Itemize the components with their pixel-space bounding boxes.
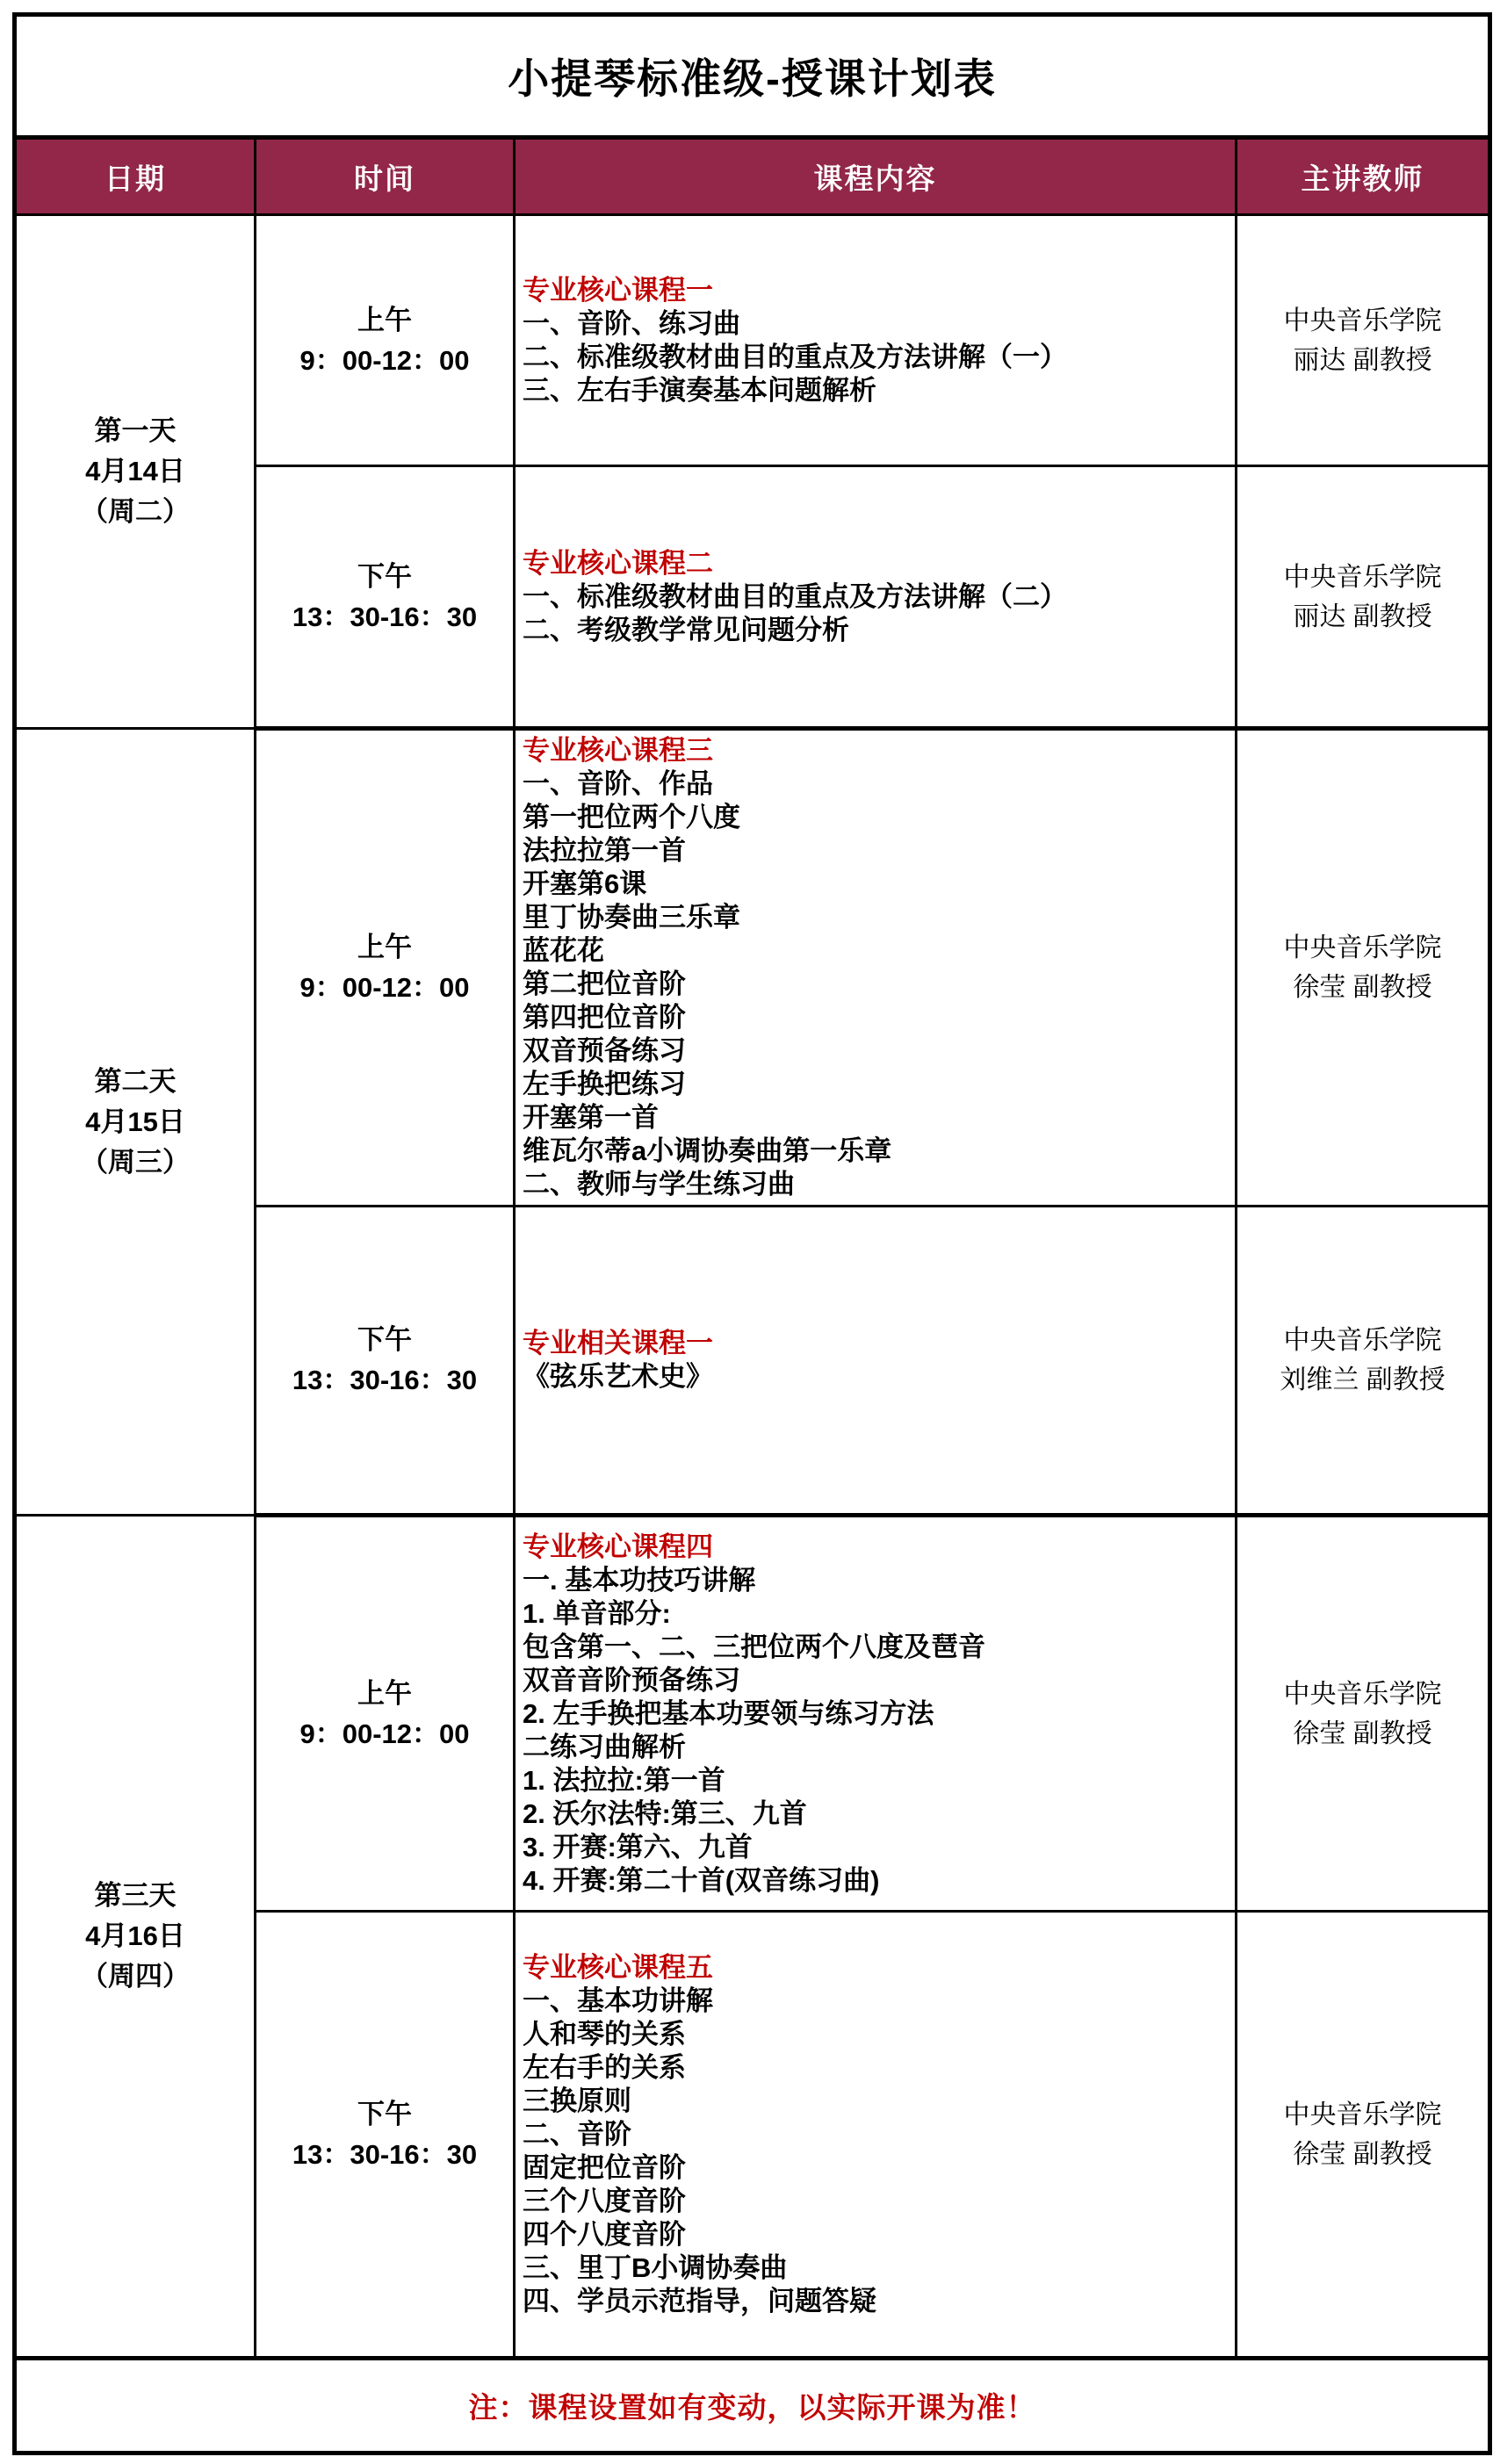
- course-lines: 一、标准级教材曲目的重点及方法讲解（二） 二、考级教学常见问题分析: [523, 580, 1226, 647]
- table-row-day1-am: 第一天 4月14日 （周二） 上午 9：00-12：00 专业核心课程一 一、音…: [15, 215, 1490, 466]
- header-row: 日期 时间 课程内容 主讲教师: [15, 138, 1490, 215]
- teacher-cell-day2-am: 中央音乐学院 徐莹 副教授: [1237, 729, 1490, 1207]
- date-cell-day2: 第二天 4月15日 （周三）: [15, 729, 256, 1516]
- title-row: 小提琴标准级-授课计划表: [15, 15, 1490, 138]
- time-cell-day1-pm: 下午 13：30-16：30: [256, 466, 515, 729]
- table-row-day2-am: 第二天 4月15日 （周三） 上午 9：00-12：00 专业核心课程三 一、音…: [15, 729, 1490, 1207]
- course-cell-day1-am: 专业核心课程一 一、音阶、练习曲 二、标准级教材曲目的重点及方法讲解（一） 三、…: [515, 215, 1237, 466]
- time-cell-day2-pm: 下午 13：30-16：30: [256, 1207, 515, 1516]
- course-cell-day2-am: 专业核心课程三 一、音阶、作品 第一把位两个八度 法拉拉第一首 开塞第6课 里丁…: [515, 729, 1237, 1207]
- column-header-teacher: 主讲教师: [1237, 138, 1490, 215]
- course-title: 专业核心课程一: [523, 274, 1226, 307]
- column-header-date: 日期: [15, 138, 256, 215]
- time-cell-day3-am: 上午 9：00-12：00: [256, 1516, 515, 1912]
- teacher-cell-day3-am: 中央音乐学院 徐莹 副教授: [1237, 1516, 1490, 1912]
- course-title: 专业核心课程四: [523, 1531, 1226, 1564]
- course-title: 专业核心课程五: [523, 1951, 1226, 1985]
- teacher-cell-day3-pm: 中央音乐学院 徐莹 副教授: [1237, 1912, 1490, 2359]
- course-cell-day3-am: 专业核心课程四 一. 基本功技巧讲解 1. 单音部分: 包含第一、二、三把位两个…: [515, 1516, 1237, 1912]
- column-header-time: 时间: [256, 138, 515, 215]
- course-title: 专业核心课程三: [523, 734, 1226, 767]
- course-lines: 一、音阶、练习曲 二、标准级教材曲目的重点及方法讲解（一） 三、左右手演奏基本问…: [523, 307, 1226, 407]
- footer-row: 注：课程设置如有变动，以实际开课为准！: [15, 2359, 1490, 2453]
- course-cell-day2-pm: 专业相关课程一 《弦乐艺术史》: [515, 1207, 1237, 1516]
- table-row-day3-am: 第三天 4月16日 （周四） 上午 9：00-12：00 专业核心课程四 一. …: [15, 1516, 1490, 1912]
- date-cell-day3: 第三天 4月16日 （周四）: [15, 1516, 256, 2359]
- teacher-cell-day1-pm: 中央音乐学院 丽达 副教授: [1237, 466, 1490, 729]
- page-title: 小提琴标准级-授课计划表: [17, 47, 1488, 105]
- schedule-sheet: 小提琴标准级-授课计划表 日期 时间 课程内容 主讲教师 第一天 4月14日 （…: [0, 0, 1500, 2464]
- teacher-cell-day2-pm: 中央音乐学院 刘维兰 副教授: [1237, 1207, 1490, 1516]
- date-cell-day1: 第一天 4月14日 （周二）: [15, 215, 256, 729]
- footer-note: 注：课程设置如有变动，以实际开课为准！: [17, 2385, 1488, 2426]
- time-cell-day2-am: 上午 9：00-12：00: [256, 729, 515, 1207]
- footer-note-cell: 注：课程设置如有变动，以实际开课为准！: [15, 2359, 1490, 2453]
- column-header-course: 课程内容: [515, 138, 1237, 215]
- title-cell: 小提琴标准级-授课计划表: [15, 15, 1490, 138]
- course-schedule-table: 小提琴标准级-授课计划表 日期 时间 课程内容 主讲教师 第一天 4月14日 （…: [12, 12, 1492, 2455]
- course-lines: 一、基本功讲解 人和琴的关系 左右手的关系 三换原则 二、音阶 固定把位音阶 三…: [523, 1985, 1226, 2318]
- course-cell-day3-pm: 专业核心课程五 一、基本功讲解 人和琴的关系 左右手的关系 三换原则 二、音阶 …: [515, 1912, 1237, 2359]
- course-title: 专业核心课程二: [523, 547, 1226, 580]
- course-lines: 《弦乐艺术史》: [523, 1360, 1226, 1394]
- teacher-cell-day1-am: 中央音乐学院 丽达 副教授: [1237, 215, 1490, 466]
- course-title: 专业相关课程一: [523, 1327, 1226, 1360]
- course-cell-day1-pm: 专业核心课程二 一、标准级教材曲目的重点及方法讲解（二） 二、考级教学常见问题分…: [515, 466, 1237, 729]
- course-lines: 一. 基本功技巧讲解 1. 单音部分: 包含第一、二、三把位两个八度及琶音 双音…: [523, 1564, 1226, 1898]
- time-cell-day3-pm: 下午 13：30-16：30: [256, 1912, 515, 2359]
- time-cell-day1-am: 上午 9：00-12：00: [256, 215, 515, 466]
- course-lines: 一、音阶、作品 第一把位两个八度 法拉拉第一首 开塞第6课 里丁协奏曲三乐章 蓝…: [523, 767, 1226, 1201]
